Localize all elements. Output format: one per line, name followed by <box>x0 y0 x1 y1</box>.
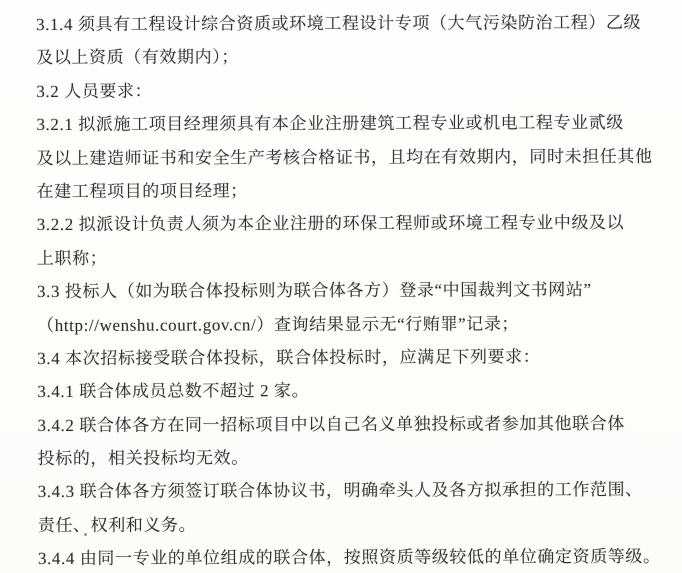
clause-line: 上职称； <box>37 240 668 276</box>
clause-line: 及以上资质（有效期内）； <box>36 39 667 75</box>
clause-3-4: 3.4 本次招标接受联合体投标，联合体投标时，应满足下列要求： <box>37 340 668 376</box>
clause-3-4-1: 3.4.1 联合体成员总数不超过 2 家。 <box>37 373 668 409</box>
clause-line: 3.2.1 拟派施工项目经理须具有本企业注册建筑工程专业或机电工程专业贰级 <box>36 106 667 142</box>
clause-3-2-1: 3.2.1 拟派施工项目经理须具有本企业注册建筑工程专业或机电工程专业贰级 及以… <box>36 106 667 208</box>
clause-3-4-4: 3.4.4 由同一专业的单位组成的联合体，按照资质等级较低的单位确定资质等级。 <box>38 540 669 573</box>
clause-line: 责任、权利和义务。 <box>38 507 669 543</box>
clause-line: 3.2.2 拟派设计负责人须为本企业注册的环保工程师或环境工程专业中级及以 <box>37 206 668 242</box>
scan-speck-artifact <box>84 533 87 536</box>
clause-line: 3.2 人员要求： <box>36 73 667 109</box>
clause-line: 3.4.4 由同一专业的单位组成的联合体，按照资质等级较低的单位确定资质等级。 <box>38 540 669 573</box>
clause-line: 3.4 本次招标接受联合体投标，联合体投标时，应满足下列要求： <box>37 340 668 376</box>
clause-3-3: 3.3 投标人（如为联合体投标则为联合体各方）登录“中国裁判文书网站” （htt… <box>37 273 668 342</box>
clause-3-4-2: 3.4.2 联合体各方在同一招标项目中以自己名义单独投标或者参加其他联合体 投标… <box>37 407 668 476</box>
clause-3-1-4: 3.1.4 须具有工程设计综合资质或环境工程设计专项（大气污染防治工程）乙级 及… <box>36 6 667 75</box>
clause-line: 及以上建造师证书和安全生产考核合格证书，且均在有效期内，同时未担任其他 <box>36 139 667 175</box>
document-text-block: 3.1.4 须具有工程设计综合资质或环境工程设计专项（大气污染防治工程）乙级 及… <box>0 0 682 573</box>
document-page: 3.1.4 须具有工程设计综合资质或环境工程设计专项（大气污染防治工程）乙级 及… <box>0 0 682 573</box>
clause-3-4-3: 3.4.3 联合体各方须签订联合体协议书，明确牵头人及各方拟承担的工作范围、 责… <box>38 473 669 542</box>
clause-line: 3.4.3 联合体各方须签订联合体协议书，明确牵头人及各方拟承担的工作范围、 <box>38 473 669 509</box>
clause-3-2-2: 3.2.2 拟派设计负责人须为本企业注册的环保工程师或环境工程专业中级及以 上职… <box>37 206 668 275</box>
clause-line-with-url: （http://wenshu.court.gov.cn/）查询结果显示无“行贿罪… <box>37 306 668 342</box>
clause-line: 投标的，相关投标均无效。 <box>38 440 669 476</box>
clause-line: 3.1.4 须具有工程设计综合资质或环境工程设计专项（大气污染防治工程）乙级 <box>36 6 667 42</box>
clause-line: 3.4.2 联合体各方在同一招标项目中以自己名义单独投标或者参加其他联合体 <box>37 407 668 443</box>
clause-line: 3.3 投标人（如为联合体投标则为联合体各方）登录“中国裁判文书网站” <box>37 273 668 309</box>
clause-line: 在建工程项目的项目经理； <box>37 173 668 209</box>
clause-line: 3.4.1 联合体成员总数不超过 2 家。 <box>37 373 668 409</box>
clause-3-2: 3.2 人员要求： <box>36 73 667 109</box>
